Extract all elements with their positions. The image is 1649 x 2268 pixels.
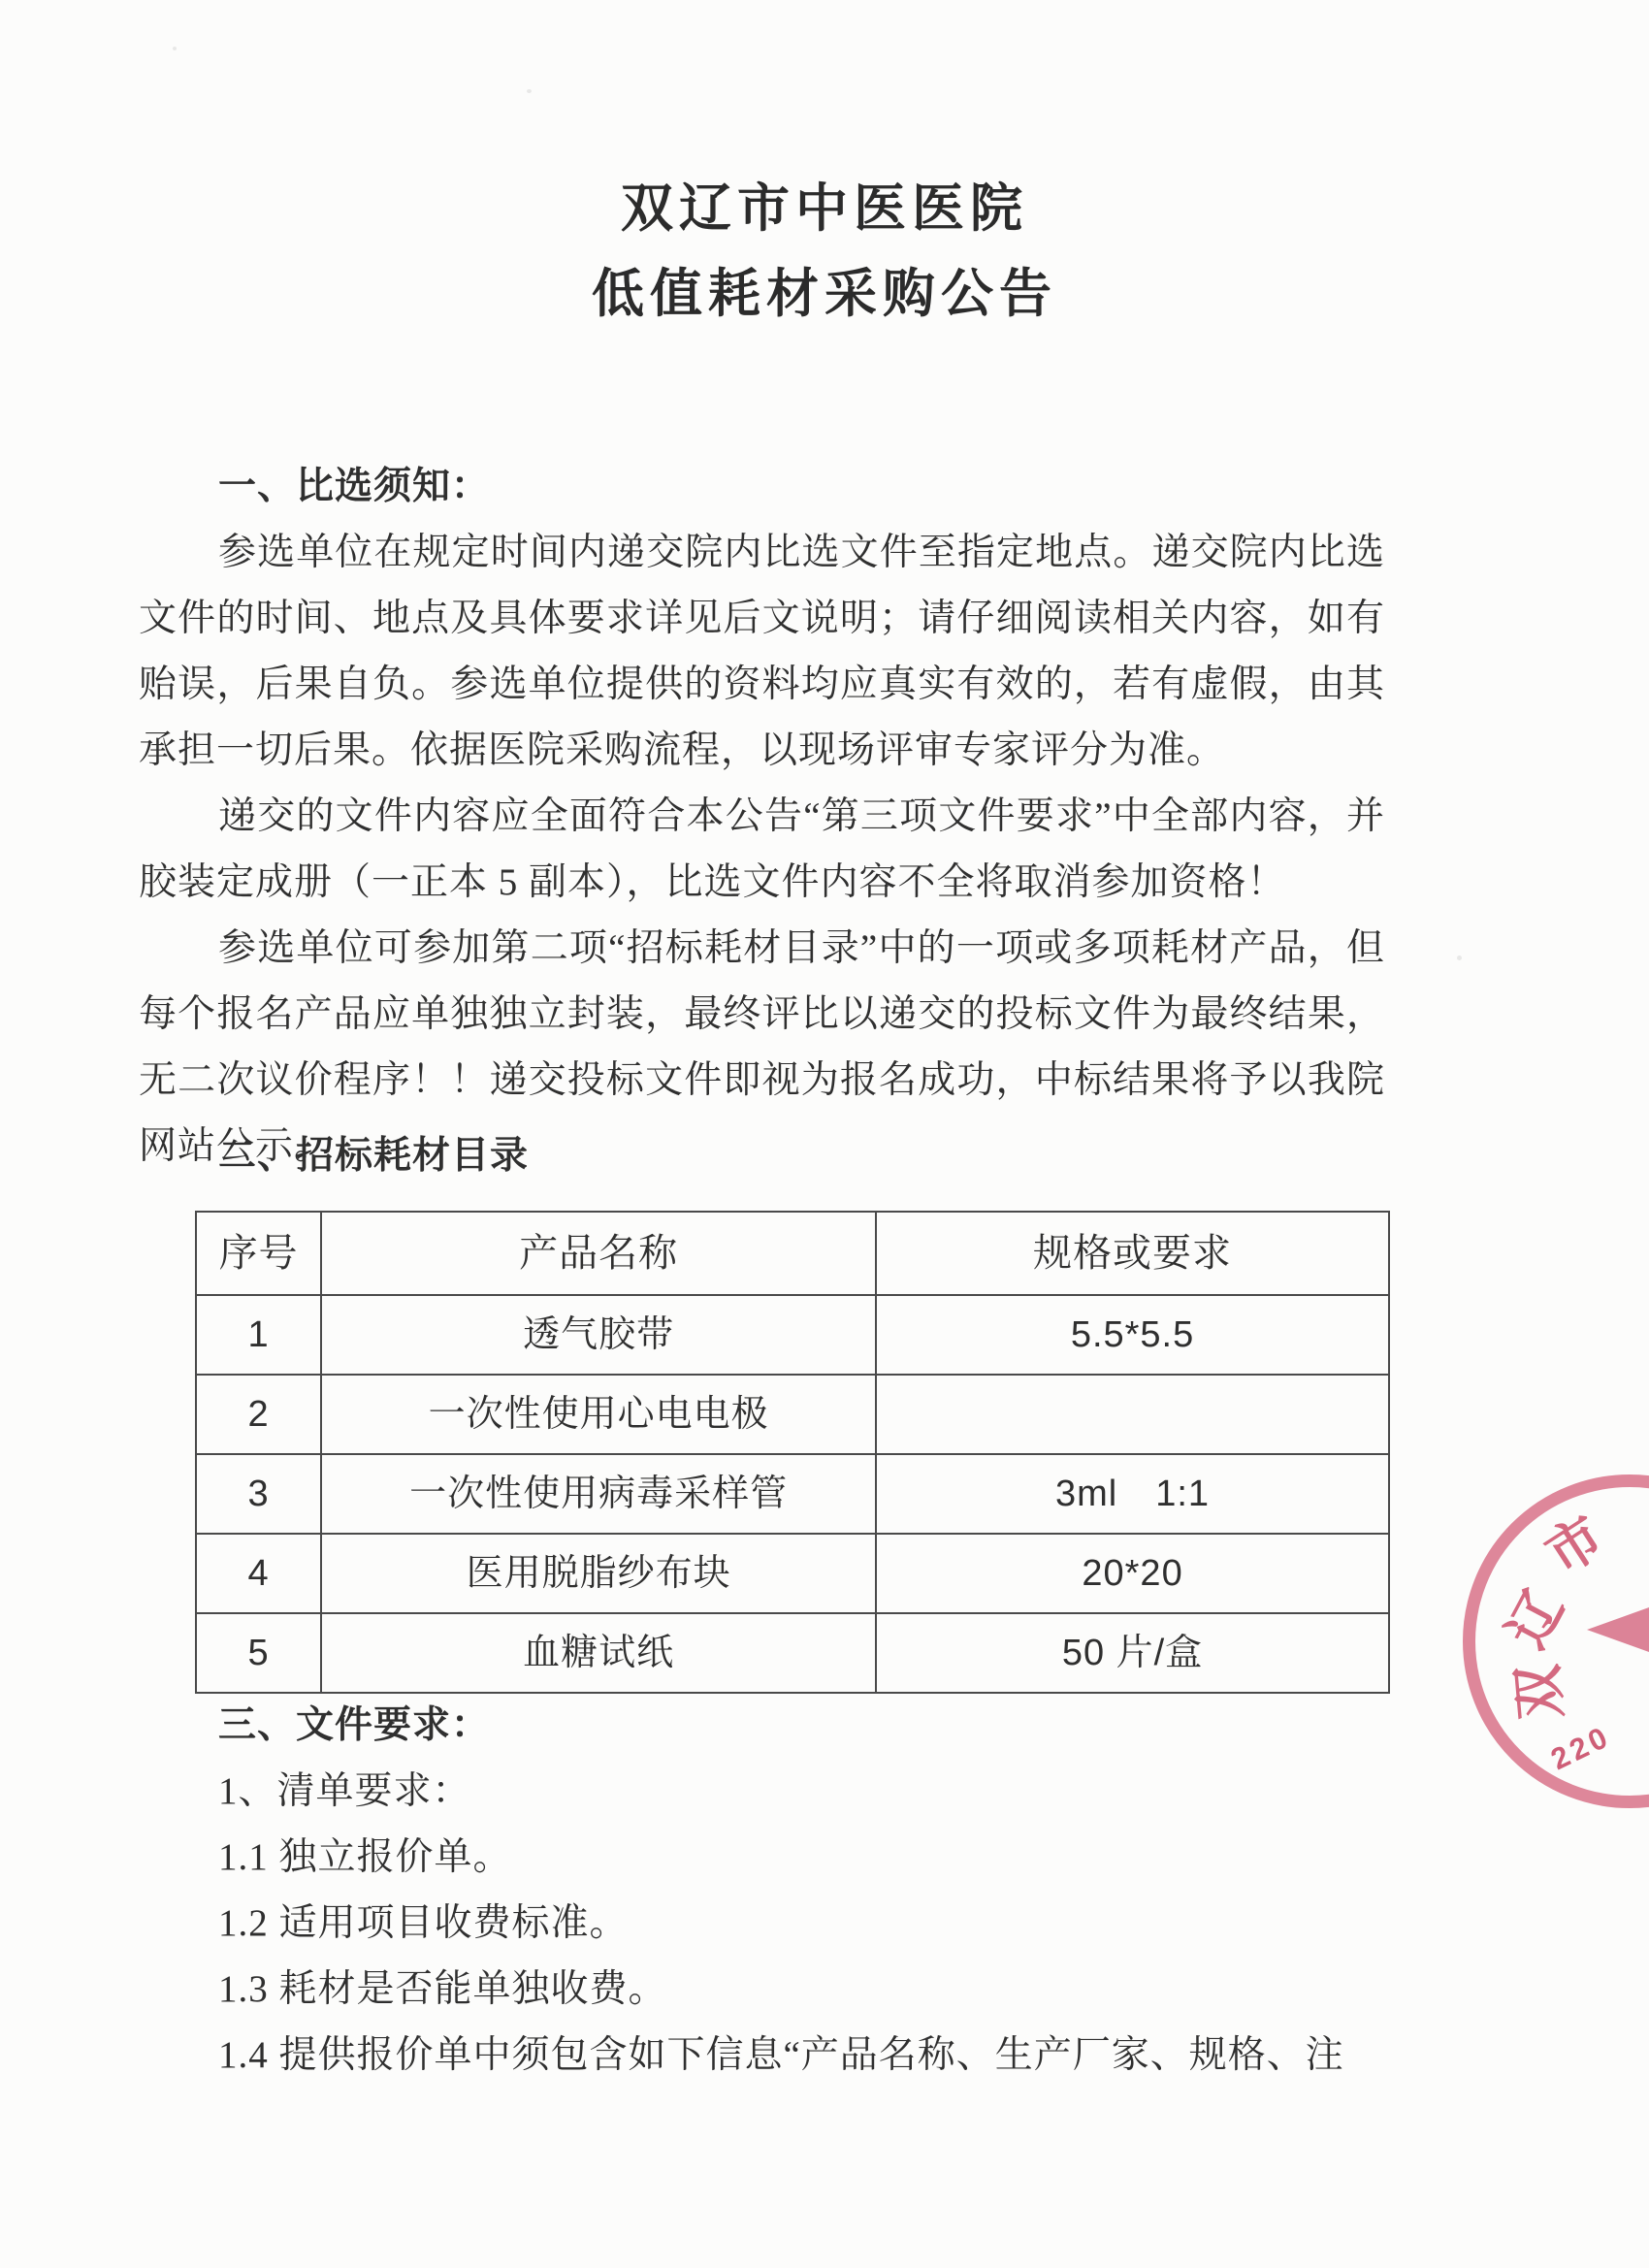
header-name: 产品名称: [321, 1212, 876, 1295]
cell-spec: 5.5*5.5: [876, 1295, 1389, 1375]
paragraph: 参选单位在规定时间内递交院内比选文件至指定地点。递交院内比选文件的时间、地点及具…: [139, 520, 1385, 784]
section2-heading: 二、招标耗材目录: [139, 1123, 1385, 1189]
cell-product: 医用脱脂纱布块: [321, 1534, 876, 1613]
cell-seq: 5: [196, 1613, 321, 1693]
table-header-row: 序号 产品名称 规格或要求: [196, 1212, 1389, 1295]
seal-arc-char: 双: [1511, 1663, 1570, 1722]
table-row: 1 透气胶带 5.5*5.5: [196, 1295, 1389, 1375]
header-spec: 规格或要求: [876, 1212, 1389, 1295]
cell-product: 血糖试纸: [321, 1613, 876, 1693]
cell-spec: [876, 1375, 1389, 1454]
list-item: 1.4 提供报价单中须包含如下信息“产品名称、生产厂家、规格、注: [139, 2023, 1385, 2089]
scan-speck: [527, 89, 532, 93]
cell-seq: 3: [196, 1454, 321, 1534]
seal-star-icon: [1587, 1603, 1649, 1657]
cell-product: 一次性使用病毒采样管: [321, 1454, 876, 1534]
table-row: 2 一次性使用心电电极: [196, 1375, 1389, 1454]
seal-arc-char: 市: [1537, 1508, 1612, 1583]
section-consumables-catalogue: 二、招标耗材目录 序号 产品名称 规格或要求 1 透气胶带 5.5*5.5 2 …: [139, 1123, 1385, 1694]
cell-spec: 50 片/盒: [876, 1613, 1389, 1693]
section3-heading: 三、文件要求：: [139, 1693, 1385, 1759]
list-item: 1、清单要求：: [139, 1759, 1385, 1825]
table-row: 4 医用脱脂纱布块 20*20: [196, 1534, 1389, 1613]
paragraph: 递交的文件内容应全面符合本公告“第三项文件要求”中全部内容，并胶装定成册（一正本…: [139, 784, 1385, 916]
page-title-line1: 双辽市中医医院: [0, 167, 1649, 242]
cell-product: 一次性使用心电电极: [321, 1375, 876, 1454]
section-document-requirements: 三、文件要求： 1、清单要求： 1.1 独立报价单。 1.2 适用项目收费标准。…: [139, 1693, 1385, 2089]
section1-heading: 一、比选须知：: [139, 454, 1385, 520]
cell-product: 透气胶带: [321, 1295, 876, 1375]
table-row: 5 血糖试纸 50 片/盒: [196, 1613, 1389, 1693]
cell-seq: 1: [196, 1295, 321, 1375]
page-title-line2: 低值耗材采购公告: [0, 252, 1649, 327]
scan-speck: [173, 47, 177, 50]
list-item: 1.2 适用项目收费标准。: [139, 1891, 1385, 1957]
list-item: 1.1 独立报价单。: [139, 1825, 1385, 1891]
official-seal: 市 辽 双 220: [1463, 1474, 1649, 1808]
seal-ring: [1463, 1474, 1649, 1808]
scan-speck: [1457, 956, 1462, 960]
cell-seq: 4: [196, 1534, 321, 1613]
table-row: 3 一次性使用病毒采样管 3ml 1:1: [196, 1454, 1389, 1534]
list-item: 1.3 耗材是否能单独收费。: [139, 1957, 1385, 2023]
header-seq: 序号: [196, 1212, 321, 1295]
cell-spec: 3ml 1:1: [876, 1454, 1389, 1534]
section-bidding-notes: 一、比选须知： 参选单位在规定时间内递交院内比选文件至指定地点。递交院内比选文件…: [139, 454, 1385, 1180]
cell-spec: 20*20: [876, 1534, 1389, 1613]
scanned-document-page: 双辽市中医医院 低值耗材采购公告 一、比选须知： 参选单位在规定时间内递交院内比…: [0, 0, 1649, 2268]
seal-code-digits: 220: [1545, 1719, 1616, 1777]
consumables-table: 序号 产品名称 规格或要求 1 透气胶带 5.5*5.5 2 一次性使用心电电极: [195, 1211, 1390, 1694]
cell-seq: 2: [196, 1375, 321, 1454]
seal-arc-char: 辽: [1500, 1583, 1573, 1657]
